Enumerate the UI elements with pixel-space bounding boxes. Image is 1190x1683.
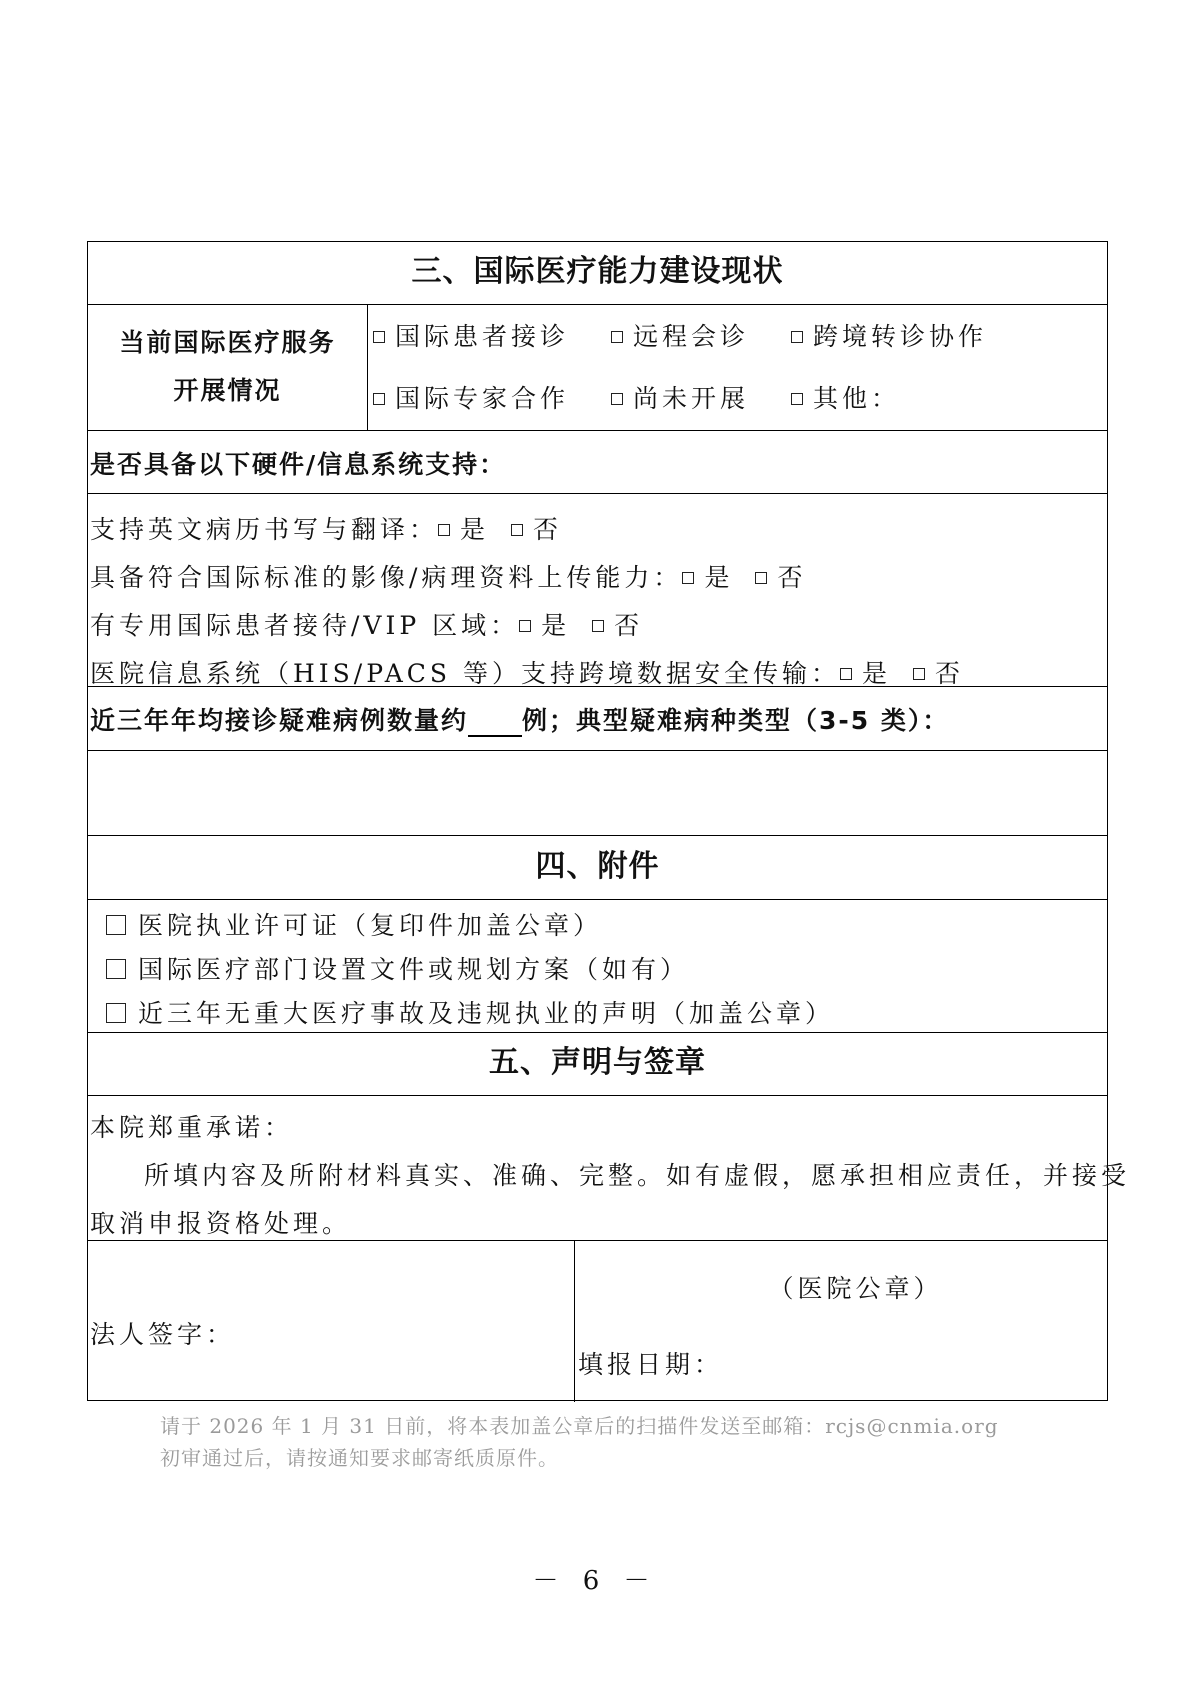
checkbox-icon[interactable] (611, 331, 623, 343)
item-label: 支持英文病历书写与翻译： (90, 515, 438, 544)
cases-prefix: 近三年年均接诊疑难病例数量约 (90, 706, 468, 735)
checkbox-icon[interactable] (791, 331, 803, 343)
attachment-item-no-accident-statement[interactable]: 近三年无重大医疗事故及违规执业的声明（加盖公章） (106, 992, 834, 1036)
section4-header: 四、附件 (88, 836, 1107, 900)
footnote-line1: 请于 2026 年 1 月 31 日前，将本表加盖公章后的扫描件发送至邮箱：rc… (160, 1410, 999, 1439)
checkbox-icon[interactable] (611, 393, 623, 405)
hardware-items: 支持英文病历书写与翻译：是否 具备符合国际标准的影像/病理资料上传能力：是否 有… (90, 506, 964, 698)
hardware-title-row: 是否具备以下硬件/信息系统支持： (88, 431, 1107, 494)
item-label: 具备符合国际标准的影像/病理资料上传能力： (90, 563, 682, 592)
signature-row: 法人签字： （医院公章） 填报日期： (88, 1241, 1107, 1402)
disease-types-input-area[interactable] (88, 751, 1107, 836)
hardware-item-imaging-upload: 具备符合国际标准的影像/病理资料上传能力：是否 (90, 554, 964, 602)
attachment-label: 近三年无重大医疗事故及违规执业的声明（加盖公章） (138, 999, 834, 1028)
option-label: 国际专家合作 (395, 384, 569, 413)
yes-label: 是 (862, 659, 891, 688)
checkbox-icon[interactable] (519, 620, 531, 632)
page-number: － 6 － (0, 1560, 1190, 1597)
attachment-list: 医院执业许可证（复印件加盖公章） 国际医疗部门设置文件或规划方案（如有） 近三年… (106, 904, 834, 1036)
pledge-row: 本院郑重承诺： 所填内容及所附材料真实、准确、完整。如有虚假，愿承担相应责任，并… (88, 1096, 1107, 1241)
section3-header: 三、国际医疗能力建设现状 (88, 242, 1107, 305)
legal-signature-field[interactable]: 法人签字： (90, 1315, 235, 1351)
option-international-patient[interactable]: 国际患者接诊 (373, 317, 569, 353)
services-label-line2: 开展情况 (88, 371, 367, 411)
checkbox-icon[interactable] (791, 393, 803, 405)
hardware-list-row: 支持英文病历书写与翻译：是否 具备符合国际标准的影像/病理资料上传能力：是否 有… (88, 494, 1107, 687)
attachments-row: 医院执业许可证（复印件加盖公章） 国际医疗部门设置文件或规划方案（如有） 近三年… (88, 900, 1107, 1033)
item-label: 有专用国际患者接待/VIP 区域： (90, 611, 519, 640)
option-remote-consultation[interactable]: 远程会诊 (611, 317, 749, 353)
checkbox-icon[interactable] (840, 668, 852, 680)
yes-label: 是 (541, 611, 570, 640)
cases-suffix: 例；典型疑难病种类型（3-5 类）： (522, 706, 949, 735)
attachment-label: 医院执业许可证（复印件加盖公章） (138, 911, 602, 940)
services-row: 当前国际医疗服务 开展情况 国际患者接诊 远程会诊 跨境转诊协作 国际专家合作 … (88, 305, 1107, 431)
hardware-item-vip-area: 有专用国际患者接待/VIP 区域：是否 (90, 602, 964, 650)
difficult-cases-text: 近三年年均接诊疑难病例数量约例；典型疑难病种类型（3-5 类）： (90, 701, 949, 737)
checkbox-icon[interactable] (373, 331, 385, 343)
option-other[interactable]: 其他： (791, 379, 900, 415)
yes-label: 是 (704, 563, 733, 592)
services-label: 当前国际医疗服务 开展情况 (88, 305, 367, 430)
section3-title: 三、国际医疗能力建设现状 (88, 242, 1107, 302)
checkbox-icon[interactable] (373, 393, 385, 405)
checkbox-icon[interactable] (438, 524, 450, 536)
checkbox-icon[interactable] (755, 572, 767, 584)
option-expert-cooperation[interactable]: 国际专家合作 (373, 379, 569, 415)
no-label: 否 (533, 515, 562, 544)
fill-date-field[interactable]: 填报日期： (578, 1345, 723, 1381)
checkbox-icon[interactable] (511, 524, 523, 536)
checkbox-icon[interactable] (913, 668, 925, 680)
hospital-seal-label: （医院公章） (574, 1269, 1107, 1305)
case-count-input[interactable] (468, 711, 522, 737)
column-divider (574, 1241, 575, 1402)
attachment-item-license[interactable]: 医院执业许可证（复印件加盖公章） (106, 904, 834, 948)
section5-title: 五、声明与签章 (88, 1033, 1107, 1093)
attachment-item-department-plan[interactable]: 国际医疗部门设置文件或规划方案（如有） (106, 948, 834, 992)
option-label: 跨境转诊协作 (813, 322, 987, 351)
checkbox-icon[interactable] (682, 572, 694, 584)
application-form-table: 三、国际医疗能力建设现状 当前国际医疗服务 开展情况 国际患者接诊 远程会诊 跨… (87, 241, 1108, 1401)
yes-label: 是 (460, 515, 489, 544)
option-label: 远程会诊 (633, 322, 749, 351)
option-label: 其他： (813, 384, 900, 413)
services-label-line1: 当前国际医疗服务 (88, 323, 367, 363)
item-label: 医院信息系统（HIS/PACS 等）支持跨境数据安全传输： (90, 659, 840, 688)
checkbox-icon[interactable] (106, 1003, 126, 1023)
pledge-intro: 本院郑重承诺： (90, 1104, 1130, 1152)
column-divider (367, 305, 368, 430)
no-label: 否 (777, 563, 806, 592)
checkbox-icon[interactable] (106, 915, 126, 935)
option-not-started[interactable]: 尚未开展 (611, 379, 749, 415)
no-label: 否 (614, 611, 643, 640)
no-label: 否 (935, 659, 964, 688)
footnote-line2: 初审通过后，请按通知要求邮寄纸质原件。 (160, 1442, 559, 1471)
pledge-text: 本院郑重承诺： 所填内容及所附材料真实、准确、完整。如有虚假，愿承担相应责任，并… (90, 1104, 1130, 1248)
attachment-label: 国际医疗部门设置文件或规划方案（如有） (138, 955, 689, 984)
option-cross-border-referral[interactable]: 跨境转诊协作 (791, 317, 987, 353)
option-label: 国际患者接诊 (395, 322, 569, 351)
section4-title: 四、附件 (88, 836, 1107, 898)
services-options-row2: 国际专家合作 尚未开展 其他： (373, 379, 930, 415)
hardware-title: 是否具备以下硬件/信息系统支持： (90, 445, 506, 481)
section5-header: 五、声明与签章 (88, 1033, 1107, 1096)
checkbox-icon[interactable] (106, 959, 126, 979)
services-options-row1: 国际患者接诊 远程会诊 跨境转诊协作 (373, 317, 1017, 353)
hardware-item-english-records: 支持英文病历书写与翻译：是否 (90, 506, 964, 554)
checkbox-icon[interactable] (592, 620, 604, 632)
difficult-cases-row: 近三年年均接诊疑难病例数量约例；典型疑难病种类型（3-5 类）： (88, 687, 1107, 751)
pledge-line1: 所填内容及所附材料真实、准确、完整。如有虚假，愿承担相应责任，并接受 (90, 1152, 1130, 1200)
option-label: 尚未开展 (633, 384, 749, 413)
